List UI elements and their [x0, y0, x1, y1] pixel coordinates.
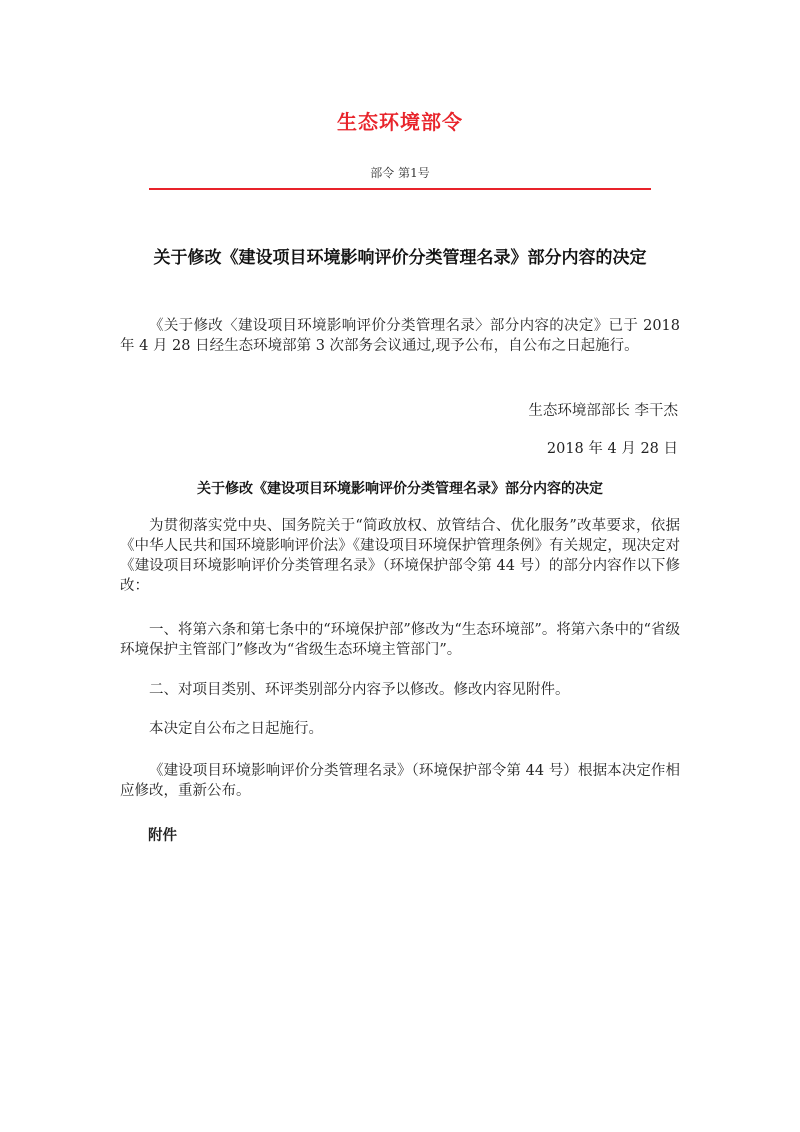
- paragraph-item-one: 一、将第六条和第七条中的“环境保护部”修改为“生态环境部”。将第六条中的“省级环…: [120, 620, 680, 660]
- document-page: 生态环境部令 部令 第1号 关于修改《建设项目环境影响评价分类管理名录》部分内容…: [0, 0, 800, 1132]
- paragraph-republish: 《建设项目环境影响评价分类管理名录》（环境保护部令第 44 号）根据本决定作相应…: [120, 761, 680, 801]
- main-title: 关于修改《建设项目环境影响评价分类管理名录》部分内容的决定: [0, 243, 800, 268]
- decree-header-title: 生态环境部令: [0, 106, 800, 135]
- red-divider-rule: [149, 188, 651, 190]
- signatory: 生态环境部部长 李干杰: [528, 399, 678, 420]
- paragraph-effective: 本决定自公布之日起施行。: [120, 719, 680, 739]
- paragraph-item-two: 二、对项目类别、环评类别部分内容予以修改。修改内容见附件。: [120, 680, 680, 700]
- intro-paragraph: 《关于修改〈建设项目环境影响评价分类管理名录〉部分内容的决定》已于 2018 年…: [120, 316, 680, 356]
- order-number: 部令 第1号: [0, 164, 800, 181]
- date: 2018 年 4 月 28 日: [547, 437, 678, 458]
- attachment-label: 附件: [148, 824, 177, 845]
- paragraph-basis: 为贯彻落实党中央、国务院关于“简政放权、放管结合、优化服务”改革要求，依据《中华…: [120, 516, 680, 596]
- decision-title: 关于修改《建设项目环境影响评价分类管理名录》部分内容的决定: [0, 478, 800, 498]
